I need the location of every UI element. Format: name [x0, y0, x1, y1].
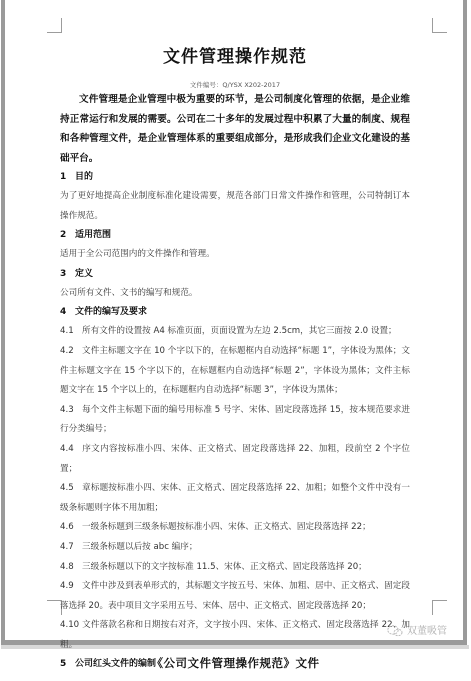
clause-text: 为了更好地提高企业制度标准化建设需要，规范各部门日常文件操作和管理，公司特制订本… [60, 191, 410, 221]
clause-number: 4.2 [60, 342, 82, 362]
clause-number: 4.1 [60, 322, 82, 342]
crop-mark-top-right [432, 18, 447, 33]
figure-caption: 《公司文件管理操作规范》文件 [0, 653, 471, 673]
section-paragraph: 适用于全公司范围内的文件操作和管理。 [60, 245, 410, 265]
section-heading: 3定义 [60, 265, 410, 284]
clause-number: 4.10 [60, 616, 82, 636]
section-paragraph: 4.6一级条标题到三级条标题按标准小四、宋体、正文格式、固定段落选择 22； [60, 518, 410, 538]
clause-text: 所有文件的设置按 A4 标准页面，页面设置为左边 2.5cm，其它三面按 2.0… [82, 326, 397, 336]
section-heading: 2适用范围 [60, 226, 410, 245]
section-heading-text: 定义 [75, 269, 93, 279]
clause-text: 一级条标题到三级条标题按标准小四、宋体、正文格式、固定段落选择 22； [82, 522, 371, 532]
section-number: 3 [60, 265, 75, 284]
clause-text: 三级条标题以下的文字按标准 11.5、宋体、正文格式、固定段落选择 20； [82, 562, 367, 572]
clause-text: 章标题按标准小四、宋体、正文格式、固定段落选择 22、加粗；如整个文件中没有一级… [60, 483, 410, 513]
section-number: 2 [60, 226, 75, 245]
section-paragraph: 4.10文件落款名称和日期按右对齐，文字按小四、宋体、正文格式、固定段落选择 2… [60, 616, 410, 655]
clause-text: 三级条标题以后按 abc 编序； [82, 542, 197, 552]
document-title: 文件管理操作规范 [60, 44, 410, 70]
wechat-icon [387, 625, 403, 637]
document-number: 文件编号：Q/YSX X202-2017 [60, 80, 410, 90]
clause-text: 公司所有文件、文书的编写和规范。 [60, 288, 198, 298]
clause-number: 4.7 [60, 538, 82, 558]
crop-mark-top-left [47, 18, 62, 33]
clause-text: 每个文件主标题下面的编号用标准 5 号字、宋体、固定段落选择 15，按本规范要求… [60, 405, 410, 435]
page-border-right [463, 0, 467, 644]
document-frame: 文件管理操作规范 文件编号：Q/YSX X202-2017 文件管理是企业管理中… [0, 0, 471, 650]
intro-paragraph: 文件管理是企业管理中极为重要的环节，是公司制度化管理的依据，是企业维持正常运行和… [60, 90, 410, 168]
clause-text: 文件中涉及到表单形式的，其标题文字按五号、宋体、加粗、居中、正文格式、固定段落选… [60, 581, 410, 611]
section-paragraph: 4.3每个文件主标题下面的编号用标准 5 号字、宋体、固定段落选择 15，按本规… [60, 401, 410, 440]
section-paragraph: 4.1所有文件的设置按 A4 标准页面，页面设置为左边 2.5cm，其它三面按 … [60, 322, 410, 342]
section-paragraph: 4.2文件主标题文字在 10 个字以下的，在标题框内自动选择“标题 1”，字体设… [60, 342, 410, 401]
section-paragraph: 为了更好地提高企业制度标准化建设需要，规范各部门日常文件操作和管理，公司特制订本… [60, 187, 410, 226]
section-heading: 1目的 [60, 168, 410, 187]
crop-mark-bottom-right [432, 600, 447, 615]
clause-number: 4.5 [60, 479, 82, 499]
section-paragraph: 公司所有文件、文书的编写和规范。 [60, 284, 410, 304]
section-paragraph: 4.4序文内容按标准小四、宋体、正文格式、固定段落选择 22、加粗，段前空 2 … [60, 440, 410, 479]
clause-number: 4.3 [60, 401, 82, 421]
section-paragraph: 4.7三级条标题以后按 abc 编序； [60, 538, 410, 558]
sections: 1目的为了更好地提高企业制度标准化建设需要，规范各部门日常文件操作和管理，公司特… [60, 168, 410, 674]
clause-number: 4.4 [60, 440, 82, 460]
clause-text: 文件落款名称和日期按右对齐，文字按小四、宋体、正文格式、固定段落选择 22、加粗… [60, 620, 410, 650]
clause-text: 文件主标题文字在 10 个字以下的，在标题框内自动选择“标题 1”，字体设为黑体… [60, 346, 410, 395]
clause-number: 4.8 [60, 558, 82, 578]
section-number: 1 [60, 168, 75, 187]
section-number: 4 [60, 303, 75, 322]
section-paragraph: 4.8三级条标题以下的文字按标准 11.5、宋体、正文格式、固定段落选择 20； [60, 558, 410, 578]
clause-text: 序文内容按标准小四、宋体、正文格式、固定段落选择 22、加粗，段前空 2 个字位… [60, 444, 410, 474]
watermark: 双董吸管 [387, 622, 447, 637]
section-heading-text: 文件的编写及要求 [75, 307, 147, 317]
section-heading: 4文件的编写及要求 [60, 303, 410, 322]
clause-text: 适用于全公司范围内的文件操作和管理。 [60, 249, 215, 259]
clause-number: 4.6 [60, 518, 82, 538]
section-heading-text: 目的 [75, 172, 93, 182]
section-heading-text: 适用范围 [75, 230, 111, 240]
section-paragraph: 4.9文件中涉及到表单形式的，其标题文字按五号、宋体、加粗、居中、正文格式、固定… [60, 577, 410, 616]
watermark-text: 双董吸管 [407, 626, 447, 637]
document-content: 文件管理操作规范 文件编号：Q/YSX X202-2017 文件管理是企业管理中… [60, 44, 410, 674]
clause-number: 4.9 [60, 577, 82, 597]
section-paragraph: 4.5章标题按标准小四、宋体、正文格式、固定段落选择 22、加粗；如整个文件中没… [60, 479, 410, 518]
